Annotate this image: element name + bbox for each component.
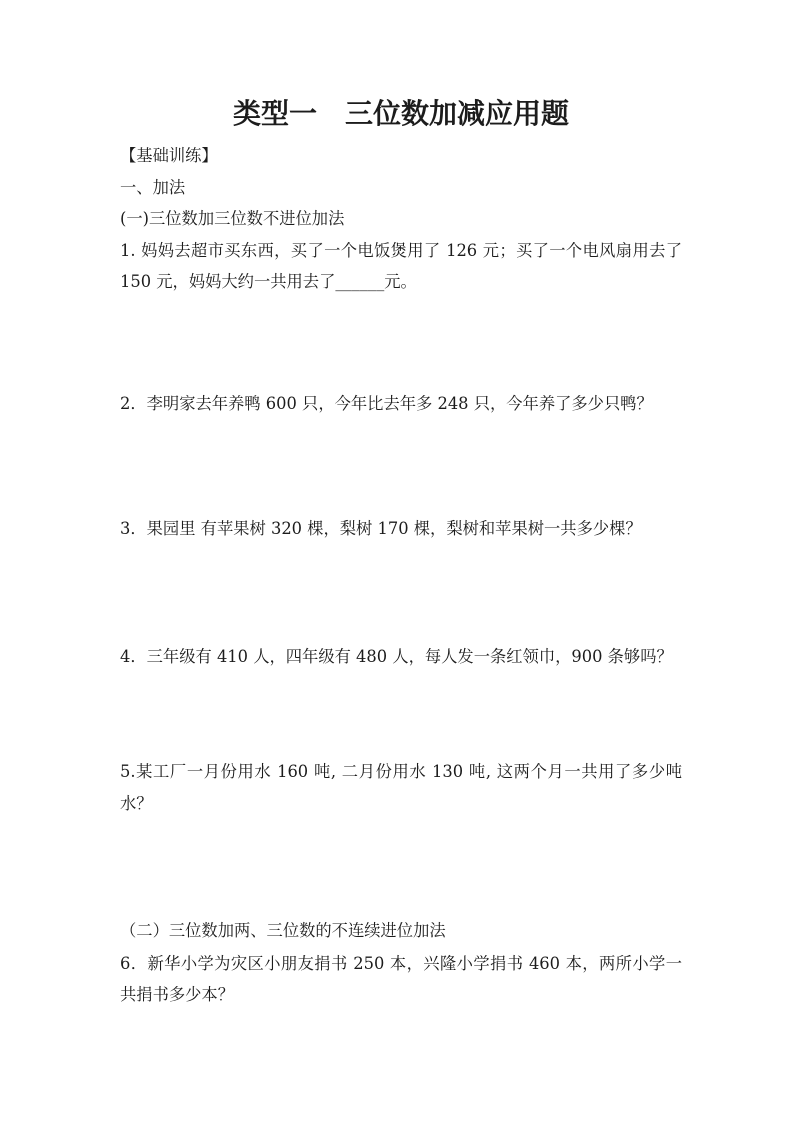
page-title: 类型一 三位数加减应用题 [120, 96, 682, 132]
heading-addition: 一、加法 [120, 172, 682, 204]
question-3: 3．果园里 有苹果树 320 棵，梨树 170 棵，梨树和苹果树一共多少棵？ [120, 513, 682, 545]
answer-blank: ______ [335, 272, 384, 291]
answer-space [120, 672, 682, 756]
subheading-carry-addition: （二）三位数加两、三位数的不连续进位加法 [120, 915, 682, 947]
subheading-no-carry-addition: (一)三位数加三位数不进位加法 [120, 203, 682, 235]
question-1: 1. 妈妈去超市买东西，买了一个电饭煲用了 126 元；买了一个电风扇用去了 1… [120, 235, 682, 298]
question-6: 6．新华小学为灾区小朋友捐书 250 本，兴隆小学捐书 460 本，两所小学一共… [120, 948, 682, 1011]
answer-space [120, 819, 682, 915]
answer-space [120, 298, 682, 388]
section-label-basic-training: 【基础训练】 [120, 140, 682, 172]
question-5: 5.某工厂一月份用水 160 吨, 二月份用水 130 吨, 这两个月一共用了多… [120, 756, 682, 819]
question-2: 2．李明家去年养鸭 600 只，今年比去年多 248 只，今年养了多少只鸭？ [120, 388, 682, 420]
worksheet-page: 类型一 三位数加减应用题 【基础训练】 一、加法 (一)三位数加三位数不进位加法… [0, 0, 793, 1122]
question-4: 4．三年级有 410 人，四年级有 480 人，每人发一条红领巾，900 条够吗… [120, 641, 682, 673]
question-1-suffix: 元。 [384, 272, 417, 291]
answer-space [120, 419, 682, 513]
answer-space [120, 545, 682, 641]
